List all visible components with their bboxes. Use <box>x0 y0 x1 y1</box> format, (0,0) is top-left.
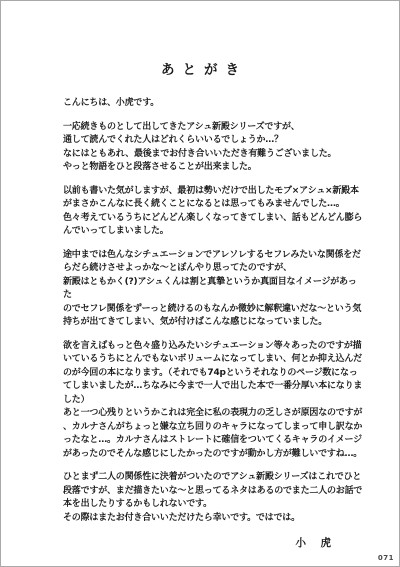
afterword-body: こんにちは、小虎です。 一応続きものとして出してきたアシュ新殿シリーズですが、 … <box>63 97 365 550</box>
author-signature: 小 虎 <box>63 535 365 550</box>
paragraph-regret-notes: あと一つ心残りというかこれは完全に私の表現力の乏しさが原因なのですが 、カルナさ… <box>63 407 365 461</box>
greeting-paragraph: こんにちは、小虎です。 <box>63 97 365 111</box>
paragraph-series-history: 以前も書いた気がしますが、最初は勢いだけで出したモブ×アシュ×新殿本 がまさかこ… <box>63 185 365 239</box>
page-number: 071 <box>378 554 394 562</box>
afterword-title: あとがき <box>1 58 399 78</box>
paragraph-volume-notes: 欲を言えばもっと色々盛り込みたいシチュエーション等々あったのですが描 いているう… <box>63 340 365 408</box>
paragraph-series-intro: 一応続きものとして出してきたアシュ新殿シリーズですが、 通して読んでくれた人はど… <box>63 121 365 175</box>
afterword-page: あとがき こんにちは、小虎です。 一応続きものとして出してきたアシュ新殿シリーズ… <box>0 0 400 567</box>
paragraph-relationship-notes: 途中までは色んなシチュエーションでアレソレするセフレみたいな関係をだ らだら続け… <box>63 249 365 330</box>
paragraph-closing: ひとまず二人の関係性に決着がついたのでアシュ新殿シリーズはこれでひと 段落ですが… <box>63 471 365 525</box>
